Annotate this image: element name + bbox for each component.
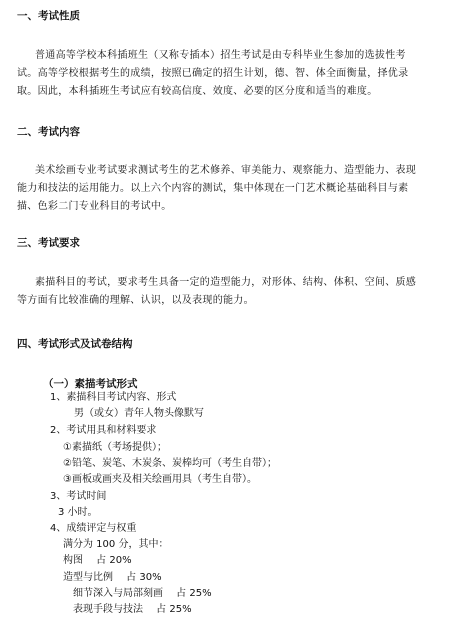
- section-paragraph-requirements: 素描科目的考试，要求考生具备一定的造型能力，对形体、结构、体积、空间、质感等方面…: [17, 274, 417, 310]
- list-detail: ②铅笔、炭笔、木炭条、炭棒均可（考生自带）；: [63, 456, 277, 472]
- list-item-2: 2、考试用具和材料要求: [50, 423, 156, 439]
- section-heading-content: 二、考试内容: [17, 124, 80, 139]
- subheading-sketch-format: （一）素描考试形式: [43, 376, 138, 391]
- list-detail: 满分为 100 分，其中：: [63, 537, 168, 553]
- list-item-3: 3、考试时间: [50, 489, 106, 505]
- list-detail: ①素描纸（考场提供）；: [63, 440, 167, 456]
- list-detail: ③画板或画夹及相关绘画用具（考生自带）。: [63, 472, 257, 488]
- list-item-4: 4、成绩评定与权重: [50, 521, 136, 537]
- list-subdetail: 表现手段与技法 占 25%: [73, 602, 192, 618]
- section-heading-nature: 一、考试性质: [17, 8, 80, 23]
- section-heading-format: 四、考试形式及试卷结构: [17, 336, 133, 351]
- list-detail: 3 小时。: [58, 505, 98, 521]
- list-detail: 男（或女）青年人物头像默写: [74, 406, 204, 422]
- list-item-1: 1、素描科目考试内容、形式: [50, 390, 176, 406]
- section-paragraph-content: 美术绘画专业考试要求测试考生的艺术修养、审美能力、观察能力、造型能力、表现能力和…: [17, 162, 417, 216]
- list-detail: 造型与比例 占 30%: [63, 570, 162, 586]
- list-subdetail: 细节深入与局部刻画 占 25%: [73, 586, 212, 602]
- list-detail: 构图 占 20%: [63, 553, 132, 569]
- section-paragraph-nature: 普通高等学校本科插班生（又称专插本）招生考试是由专科毕业生参加的选拔性考试。高等…: [17, 47, 417, 101]
- section-heading-requirements: 三、考试要求: [17, 235, 80, 250]
